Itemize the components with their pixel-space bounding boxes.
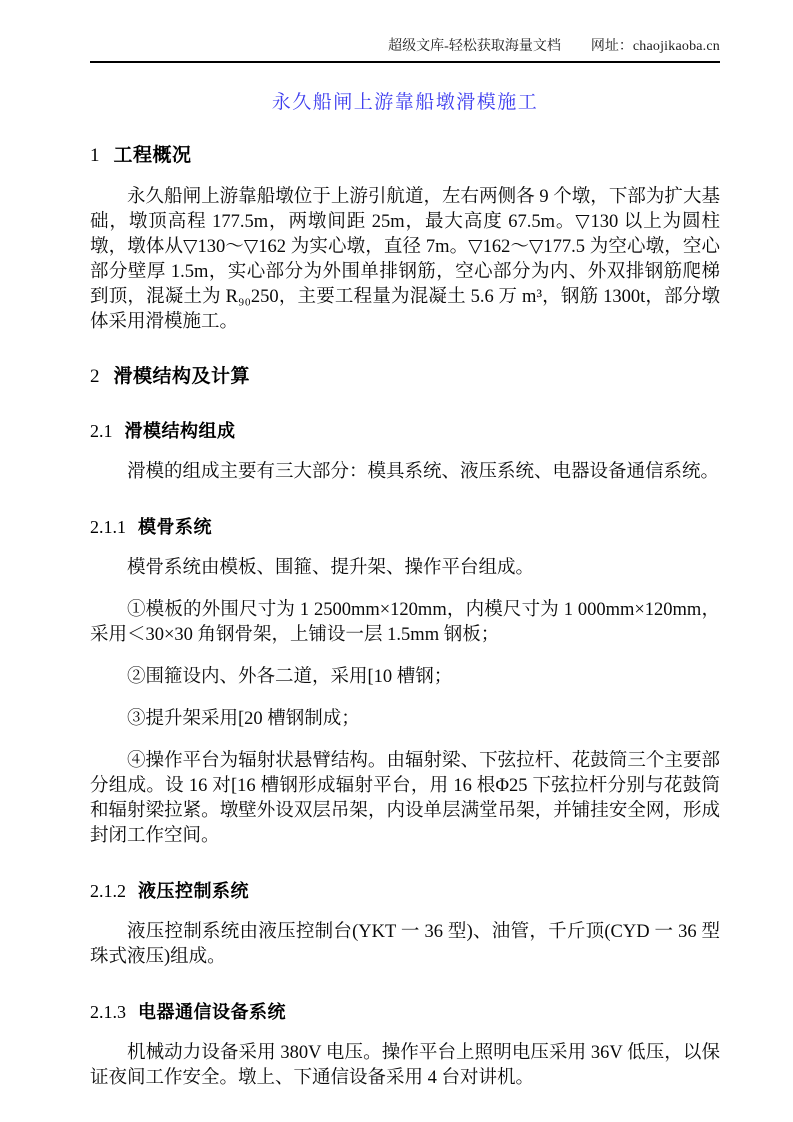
section-2-1-2-heading: 2.1.2液压控制系统 <box>90 879 720 903</box>
document-title: 永久船闸上游靠船墩滑模施工 <box>90 87 720 114</box>
section-2-number: 2 <box>90 366 100 387</box>
section-2-1-number: 2.1 <box>90 421 113 441</box>
page-header: 超级文库-轻松获取海量文档网址：chaojikaoba.cn <box>90 38 720 56</box>
section-1-paragraph: 永久船闸上游靠船墩位于上游引航道，左右两侧各 9 个墩，下部为扩大基础，墩顶高程… <box>90 185 720 335</box>
list-item-4: ④操作平台为辐射状悬臂结构。由辐射梁、下弦拉杆、花鼓筒三个主要部分组成。设 16… <box>90 749 720 849</box>
section-1-title: 工程概况 <box>114 145 192 166</box>
section-2-title: 滑模结构及计算 <box>114 366 251 387</box>
section-2-1-heading: 2.1滑模结构组成 <box>90 419 720 443</box>
header-divider <box>90 61 720 63</box>
document-page: 超级文库-轻松获取海量文档网址：chaojikaoba.cn 永久船闸上游靠船墩… <box>0 0 793 1122</box>
section-2-1-1-heading: 2.1.1模骨系统 <box>90 515 720 539</box>
section-2-1-3-title: 电器通信设备系统 <box>138 1002 286 1022</box>
header-url-label: 网址： <box>591 39 633 54</box>
section-2-1-2-title: 液压控制系统 <box>138 881 249 901</box>
section-2-1-3-paragraph: 机械动力设备采用 380V 电压。操作平台上照明电压采用 36V 低压，以保证夜… <box>90 1041 720 1091</box>
section-2-1-1-paragraph: 模骨系统由模板、围箍、提升架、操作平台组成。 <box>90 556 720 581</box>
header-site-name: 超级文库-轻松获取海量文档 <box>388 39 561 54</box>
section-2-1-3-heading: 2.1.3电器通信设备系统 <box>90 1000 720 1024</box>
section-2-1-2-number: 2.1.2 <box>90 881 126 901</box>
header-url: chaojikaoba.cn <box>633 39 720 54</box>
section-2-1-1-title: 模骨系统 <box>138 517 212 537</box>
section-2-1-2-paragraph: 液压控制系统由液压控制台(YKT 一 36 型)、油管，千斤顶(CYD 一 36… <box>90 920 720 970</box>
section-2-1-title: 滑模结构组成 <box>125 421 236 441</box>
section-1-heading: 1工程概况 <box>90 144 720 168</box>
list-item-3: ③提升架采用[20 槽钢制成； <box>90 707 720 732</box>
list-item-2: ②围箍设内、外各二道，采用[10 槽钢； <box>90 665 720 690</box>
section-2-1-1-number: 2.1.1 <box>90 517 126 537</box>
section-2-heading: 2滑模结构及计算 <box>90 365 720 389</box>
section-1-number: 1 <box>90 145 100 166</box>
section-2-1-3-number: 2.1.3 <box>90 1002 126 1022</box>
section-2-1-paragraph: 滑模的组成主要有三大部分：模具系统、液压系统、电器设备通信系统。 <box>90 460 720 485</box>
list-item-1: ①模板的外围尺寸为 1 2500mm×120mm，内模尺寸为 1 000mm×1… <box>90 598 720 648</box>
